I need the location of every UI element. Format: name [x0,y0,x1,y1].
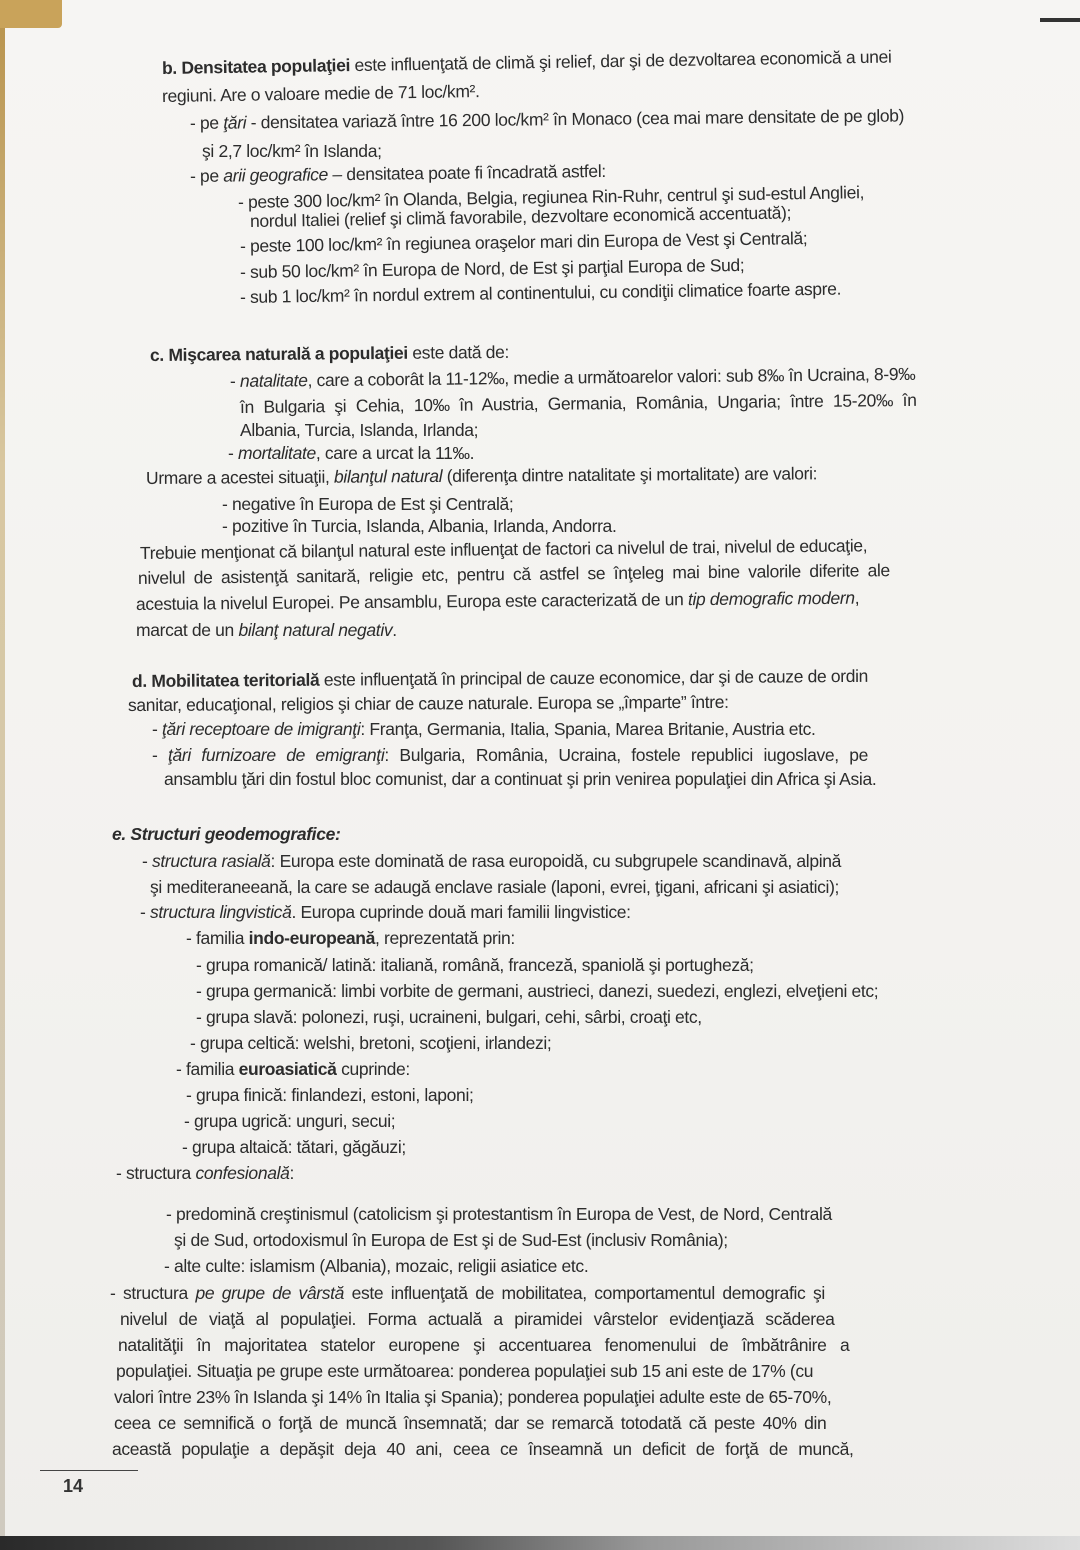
section-e-line-23: această populaţie a depăşit deja 40 ani,… [112,1439,854,1460]
section-e-line-14: - predomină creştinismul (catolicism şi … [166,1204,832,1225]
section-d-heading: d. Mobilitatea teritorială [132,670,319,691]
section-e-line-18: nivelul de viaţă al populaţiei. Forma ac… [120,1309,834,1330]
footer-rule [40,1470,138,1471]
section-e-line-9: - familia euroasiatică cuprinde: [176,1059,410,1080]
section-d-line-5: ansamblu ţări din fostul bloc comunist, … [164,769,876,790]
section-b-line-2: regiuni. Are o valoare medie de 71 loc/k… [162,81,480,107]
section-d-line-3: - ţări receptoare de imigranţi: Franţa, … [152,719,816,740]
top-right-edge-mark [1040,18,1080,22]
section-d-line-4: - ţări furnizoare de emigranţi: Bulgaria… [152,745,868,766]
section-c-line-6: Urmare a acestei situaţii, bilanţul natu… [146,463,817,489]
textbook-page: b. Densitatea populaţiei este influenţat… [0,0,1080,1550]
section-c-line-8: - pozitive în Turcia, Islanda, Albania, … [222,516,616,537]
section-b-heading: b. Densitatea populaţiei [162,55,350,78]
section-e-line-4: - familia indo-europeană, reprezentată p… [186,928,515,949]
section-c-line-1: c. Mişcarea naturală a populaţiei este d… [150,342,509,366]
section-c-line-4: Albania, Turcia, Islanda, Irlanda; [240,420,478,441]
section-e-line-16: - alte culte: islamism (Albania), mozaic… [164,1256,588,1277]
section-c-line-7: - negative în Europa de Est şi Centrală; [222,494,513,515]
section-e-line-1: - structura rasială: Europa este dominat… [142,851,841,872]
section-e-line-13: - structura confesională: [116,1163,294,1184]
section-c-line-5: - mortalitate, care a urcat la 11‰. [228,443,474,464]
section-c-line-3: în Bulgaria şi Cehia, 10‰ în Austria, Ge… [240,390,917,418]
section-b-line-1: b. Densitatea populaţiei este influenţat… [162,47,892,79]
section-e-line-20: populaţiei. Situaţia pe grupe este următ… [116,1361,813,1382]
section-e-line-19: natalităţii în majoritatea statelor euro… [118,1335,849,1356]
section-e-line-8: - grupa celtică: welshi, bretoni, scoţie… [190,1033,551,1054]
section-e-line-12: - grupa altaică: tătari, găgăuzi; [182,1137,406,1158]
section-d-line-1: d. Mobilitatea teritorială este influenţ… [132,666,868,692]
page-tab-marker [0,0,62,28]
section-e-line-15: şi de Sud, ortodoxismul în Europa de Est… [174,1230,728,1251]
section-c-line-12: marcat de un bilanţ natural negativ. [136,620,397,641]
section-e-line-2: şi mediteraneeană, la care se adaugă enc… [150,877,839,898]
section-c-line-11: acestuia la nivelul Europei. Pe ansamblu… [136,588,859,615]
section-b-line-4: şi 2,7 loc/km² în Islanda; [202,141,382,162]
section-e-line-22: ceea ce semnifică o forţă de muncă însem… [114,1413,826,1434]
section-e-line-6: - grupa germanică: limbi vorbite de germ… [196,981,878,1002]
section-b-line-9: - sub 50 loc/km² în Europa de Nord, de E… [240,255,745,283]
section-c-heading: c. Mişcarea naturală a populaţiei [150,343,408,365]
section-e-line-7: - grupa slavă: polonezi, ruşi, ucraineni… [196,1007,702,1028]
page-edge-strip [0,0,5,1550]
section-e-line-10: - grupa finică: finlandezi, estoni, lapo… [186,1085,474,1106]
section-d-line-2: sanitar, educaţional, religios şi chiar … [128,692,729,716]
section-e-heading: e. Structuri geodemografice: [112,824,340,845]
section-b-line-8: - peste 100 loc/km² în regiunea oraşelor… [240,228,808,257]
section-b-line-5: - pe arii geografice – densitatea poate … [190,161,606,187]
section-e-line-5: - grupa romanică/ latină: italiană, româ… [196,955,754,976]
page-number: 14 [63,1476,83,1497]
section-e-line-21: valori între 23% în Islanda şi 14% în It… [114,1387,831,1408]
section-c-line-2: - natalitate, care a coborât la 11-12‰, … [230,364,916,392]
section-e-line-3: - structura lingvistică. Europa cuprinde… [140,902,631,923]
section-b-line-10: - sub 1 loc/km² în nordul extrem al cont… [240,279,841,308]
section-e-line-17: - structura pe grupe de vârstă este infl… [110,1283,825,1304]
bottom-edge-shadow [0,1536,1080,1550]
section-c-line-9: Trebuie menţionat că bilanţul natural es… [140,535,867,564]
section-e-line-11: - grupa ugrică: unguri, secui; [184,1111,395,1132]
section-c-line-10: nivelul de asistenţă sanitară, religie e… [138,560,890,589]
section-b-line-3: - pe ţări - densitatea variază între 16 … [190,106,904,134]
